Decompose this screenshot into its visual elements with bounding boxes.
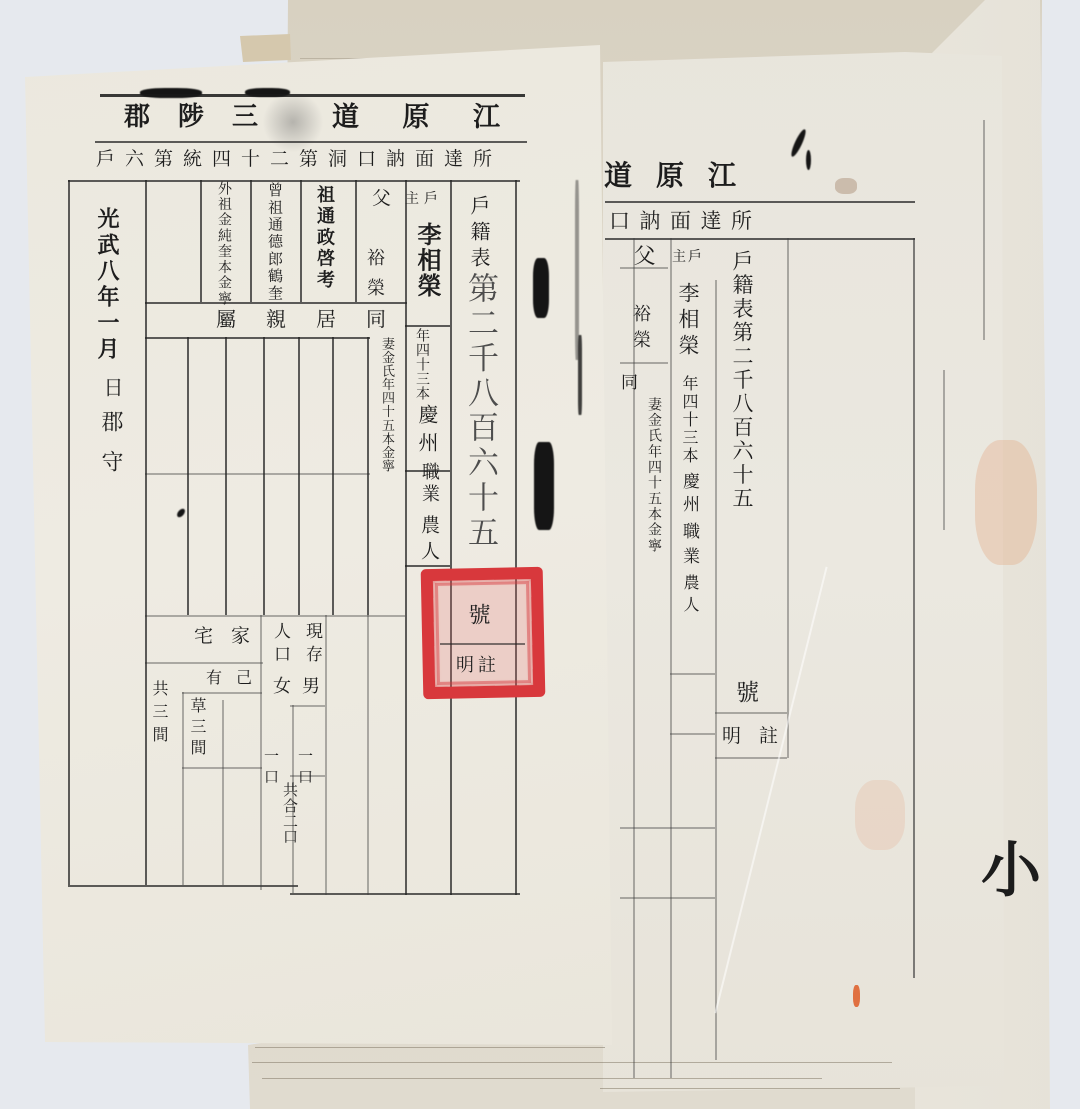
grid-line <box>222 700 224 885</box>
grid-line <box>145 302 407 304</box>
note-label-bottom: 註明 <box>722 727 778 746</box>
grid-line <box>182 692 184 885</box>
grid-line <box>332 337 334 615</box>
ink-smudge <box>533 258 549 318</box>
occupation-label: 職業 <box>678 522 697 564</box>
household-head-label: 戶主 <box>672 250 702 264</box>
register-title: 戶籍表第二千八百六十五 <box>729 250 752 508</box>
grid-line <box>187 337 189 615</box>
grid-line <box>715 712 787 714</box>
cohabiting-label: 同 <box>616 373 635 390</box>
note-label-top: 號 <box>731 680 756 703</box>
issue-date: 光武八年一月 <box>94 207 118 359</box>
ink-smudge <box>575 180 579 360</box>
grid-line <box>715 280 717 1060</box>
grid-line <box>670 733 715 735</box>
sheet-edge <box>252 1062 892 1063</box>
grandfather-entry: 祖通政啓考 <box>313 185 333 288</box>
household-head-label: 戶主 <box>405 192 438 206</box>
head-clan-seat: 慶州 <box>415 404 437 452</box>
grid-line <box>405 180 407 895</box>
grid-line <box>405 325 450 327</box>
grid-line <box>95 141 527 143</box>
seal-label-bottom: 註明 <box>456 657 496 675</box>
grid-line <box>325 615 327 895</box>
father-name: 裕榮 <box>629 304 649 348</box>
male-label: 男 <box>298 676 318 694</box>
grid-line <box>670 673 715 675</box>
grid-line <box>182 692 262 694</box>
grid-line <box>355 180 357 302</box>
sheet-edge <box>600 1088 900 1089</box>
register-title-label: 戶籍表 <box>467 195 489 267</box>
household-head-name: 李相榮 <box>413 222 439 297</box>
grid-line <box>450 180 452 895</box>
occupation-value: 農人 <box>417 515 438 560</box>
edge-ink-mark: 小 <box>970 838 1036 898</box>
grid-line <box>145 473 370 475</box>
house-ownership: 己有 <box>206 670 252 686</box>
grid-line <box>145 662 263 664</box>
grid-line <box>620 362 668 364</box>
grid-line <box>633 238 635 1078</box>
grid-line <box>250 180 252 302</box>
house-label: 家宅 <box>194 627 250 646</box>
population-label-current: 現存 <box>301 622 320 662</box>
grid-line <box>100 94 525 97</box>
grid-line <box>367 337 369 615</box>
orange-stain <box>855 780 905 850</box>
brown-spot <box>835 178 857 194</box>
grid-line <box>913 238 915 978</box>
maternal-grandfather-entry: 外祖金純奎本金寧 <box>215 181 231 305</box>
house-total-rooms: 共三間 <box>149 680 167 742</box>
father-name: 裕榮 <box>363 248 383 296</box>
grid-line <box>787 238 789 758</box>
orange-stain <box>853 985 860 1007</box>
county-header: 三陟郡 <box>124 104 258 130</box>
population-total: 共合二口 <box>280 782 297 844</box>
province-header: 江原道 <box>332 104 500 131</box>
orange-stain <box>975 440 1037 565</box>
grid-line <box>943 370 945 530</box>
grid-line <box>200 180 202 302</box>
head-clan-seat: 慶州 <box>678 472 697 512</box>
grid-line <box>68 180 520 182</box>
grid-line <box>145 615 405 617</box>
father-label: 父 <box>629 244 653 266</box>
gray-smudge <box>262 92 324 152</box>
female-count: 一口 <box>261 748 278 784</box>
grid-line <box>405 565 450 567</box>
grid-line <box>983 120 985 340</box>
sheet-edge <box>262 1078 822 1079</box>
ink-smudge <box>534 442 554 530</box>
grid-line <box>68 885 298 887</box>
sheet-edge <box>255 1047 605 1048</box>
register-number: 第二千八百六十五 <box>462 272 495 547</box>
male-count: 一口 <box>295 748 312 784</box>
head-age-origin: 年四十三本 <box>679 375 697 463</box>
ink-smudge <box>806 150 811 170</box>
female-label: 女 <box>269 676 289 694</box>
grid-line <box>670 238 672 1078</box>
address-header: 所達面訥口 <box>609 211 752 232</box>
seal-label-top: 號 <box>464 603 488 625</box>
great-grandfather-entry: 曾祖通德郎鶴奎 <box>265 182 282 300</box>
province-header: 江原道 <box>604 162 736 190</box>
grid-line <box>715 757 787 759</box>
grid-line <box>440 643 525 645</box>
grid-line <box>225 337 227 615</box>
grid-line <box>605 201 915 203</box>
grid-line <box>515 180 517 895</box>
occupation-label: 職業 <box>418 462 438 502</box>
address-header: 所達面訥口洞第二十四統第六戶 <box>96 150 492 169</box>
issue-day: 日 <box>100 377 122 397</box>
grid-line <box>263 337 265 615</box>
grid-line <box>620 267 668 269</box>
grid-line <box>298 337 300 615</box>
grid-line <box>605 238 915 240</box>
grid-line <box>367 615 369 895</box>
grid-line <box>290 705 325 707</box>
head-age-origin: 年四十三本 <box>413 328 429 400</box>
issuer-title: 郡守 <box>97 410 121 472</box>
population-label: 人口 <box>269 622 288 662</box>
house-thatched-rooms: 草三間 <box>187 697 205 755</box>
grid-line <box>145 337 370 339</box>
grid-line <box>300 180 302 302</box>
occupation-value: 農人 <box>680 574 698 612</box>
household-head-name: 李相榮 <box>675 282 698 355</box>
spouse-entry: 妻金氏年四十五本金寧 <box>645 397 661 552</box>
spouse-entry: 妻金氏年四十五本金寧 <box>378 337 393 472</box>
grid-line <box>145 180 147 885</box>
father-label: 父 <box>368 188 389 207</box>
grid-line <box>68 180 70 885</box>
cohabiting-relatives-label: 同居親屬 <box>216 309 386 329</box>
